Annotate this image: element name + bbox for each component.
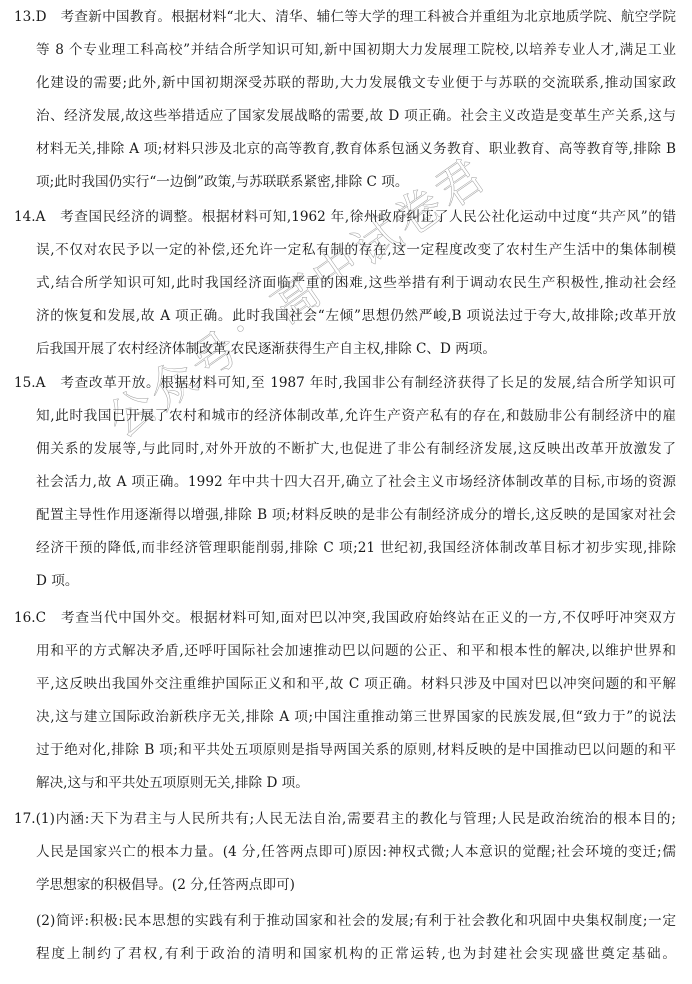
text-line: 平,这反映出我国外交注重维护国际正义和和平,故 C 项正确。材料只涉及中国对巴以…	[36, 675, 676, 693]
text-line: 决,这与建立国际政治新秩序无关,排除 A 项;中国注重推动第三世界国家的民族发展…	[36, 708, 676, 726]
question-start-line: 17.(1)内涵:天下为君主与人民所共有;人民无法自治,需要君主的教化与管理;人…	[14, 810, 676, 828]
answer-key-page: 13.D 考查新中国教育。根据材料“北大、清华、辅仁等大学的理工科被合并重组为北…	[0, 0, 692, 984]
text-line: 材料无关,排除 A 项;材料只涉及北京的高等教育,教育体系包涵义务教育、职业教育…	[36, 140, 676, 158]
text-line: 社会活力,故 A 项正确。1992 年中共十四大召开,确立了社会主义市场经济体制…	[36, 473, 676, 491]
question-start-line: 14.A 考查国民经济的调整。根据材料可知,1962 年,徐州政府纠正了人民公社…	[14, 208, 676, 226]
text-line: 误,不仅对农民予以一定的补偿,还允许一定私有制的存在,这一定程度改变了农村生产生…	[36, 241, 676, 259]
text-line: 人民是国家兴亡的根本力量。(4 分,任答两点即可)原因:神权式微;人本意识的觉醒…	[36, 843, 676, 861]
text-line: 项;此时我国仍实行“一边倒”政策,与苏联联系紧密,排除 C 项。	[36, 173, 676, 191]
text-line: 过于绝对化,排除 B 项;和平共处五项原则是指导两国关系的原则,材料反映的是中国…	[36, 741, 676, 759]
text-line: 经济干预的降低,而非经济管理职能削弱,排除 C 项;21 世纪初,我国经济体制改…	[36, 539, 676, 557]
text-line: 解决,这与和平共处五项原则无关,排除 D 项。	[36, 774, 676, 792]
question-start-line: 15.A 考查改革开放。根据材料可知,至 1987 年时,我国非公有制经济获得了…	[14, 374, 676, 392]
text-line: 等 8 个专业理工科高校”并结合所学知识可知,新中国初期大力发展理工院校,以培养…	[36, 41, 676, 59]
text-line: 后我国开展了农村经济体制改革,农民逐渐获得生产自主权,排除 C、D 两项。	[36, 340, 676, 358]
text-line: 用和平的方式解决矛盾,还呼吁国际社会加速推动巴以问题的公正、和平和根本性的解决,…	[36, 642, 676, 660]
question-start-line: 13.D 考查新中国教育。根据材料“北大、清华、辅仁等大学的理工科被合并重组为北…	[14, 8, 676, 26]
text-line: (2)简评:积极:民本思想的实践有利于推动国家和社会的发展;有利于社会教化和巩固…	[36, 912, 676, 930]
text-line: 式,结合所学知识可知,此时我国经济面临严重的困难,这些举措有利于调动农民生产积极…	[36, 274, 676, 292]
text-line: 知,此时我国已开展了农村和城市的经济体制改革,允许生产资产私有的存在,和鼓励非公…	[36, 407, 676, 425]
text-line: 治、经济发展,故这些举措适应了国家发展战略的需要,故 D 项正确。社会主义改造是…	[36, 107, 676, 125]
text-line: 学思想家的积极倡导。(2 分,任答两点即可)	[36, 876, 676, 894]
text-line: 程度上制约了君权,有利于政治的清明和国家机构的正常运转,也为封建社会实现盛世奠定…	[36, 945, 676, 963]
text-line: 佣关系的发展等,与此同时,对外开放的不断扩大,也促进了非公有制经济发展,这反映出…	[36, 440, 676, 458]
question-start-line: 16.C 考查当代中国外交。根据材料可知,面对巴以冲突,我国政府始终站在正义的一…	[14, 609, 676, 627]
text-line: 济的恢复和发展,故 A 项正确。此时我国社会“左倾”思想仍然严峻,B 项说法过于…	[36, 307, 676, 325]
text-line: 化建设的需要;此外,新中国初期深受苏联的帮助,大力发展俄文专业便于与苏联的交流联…	[36, 74, 676, 92]
text-line: 配置主导性作用逐渐得以增强,排除 B 项;材料反映的是非公有制经济成分的增长,这…	[36, 506, 676, 524]
text-line: D 项。	[36, 572, 676, 590]
